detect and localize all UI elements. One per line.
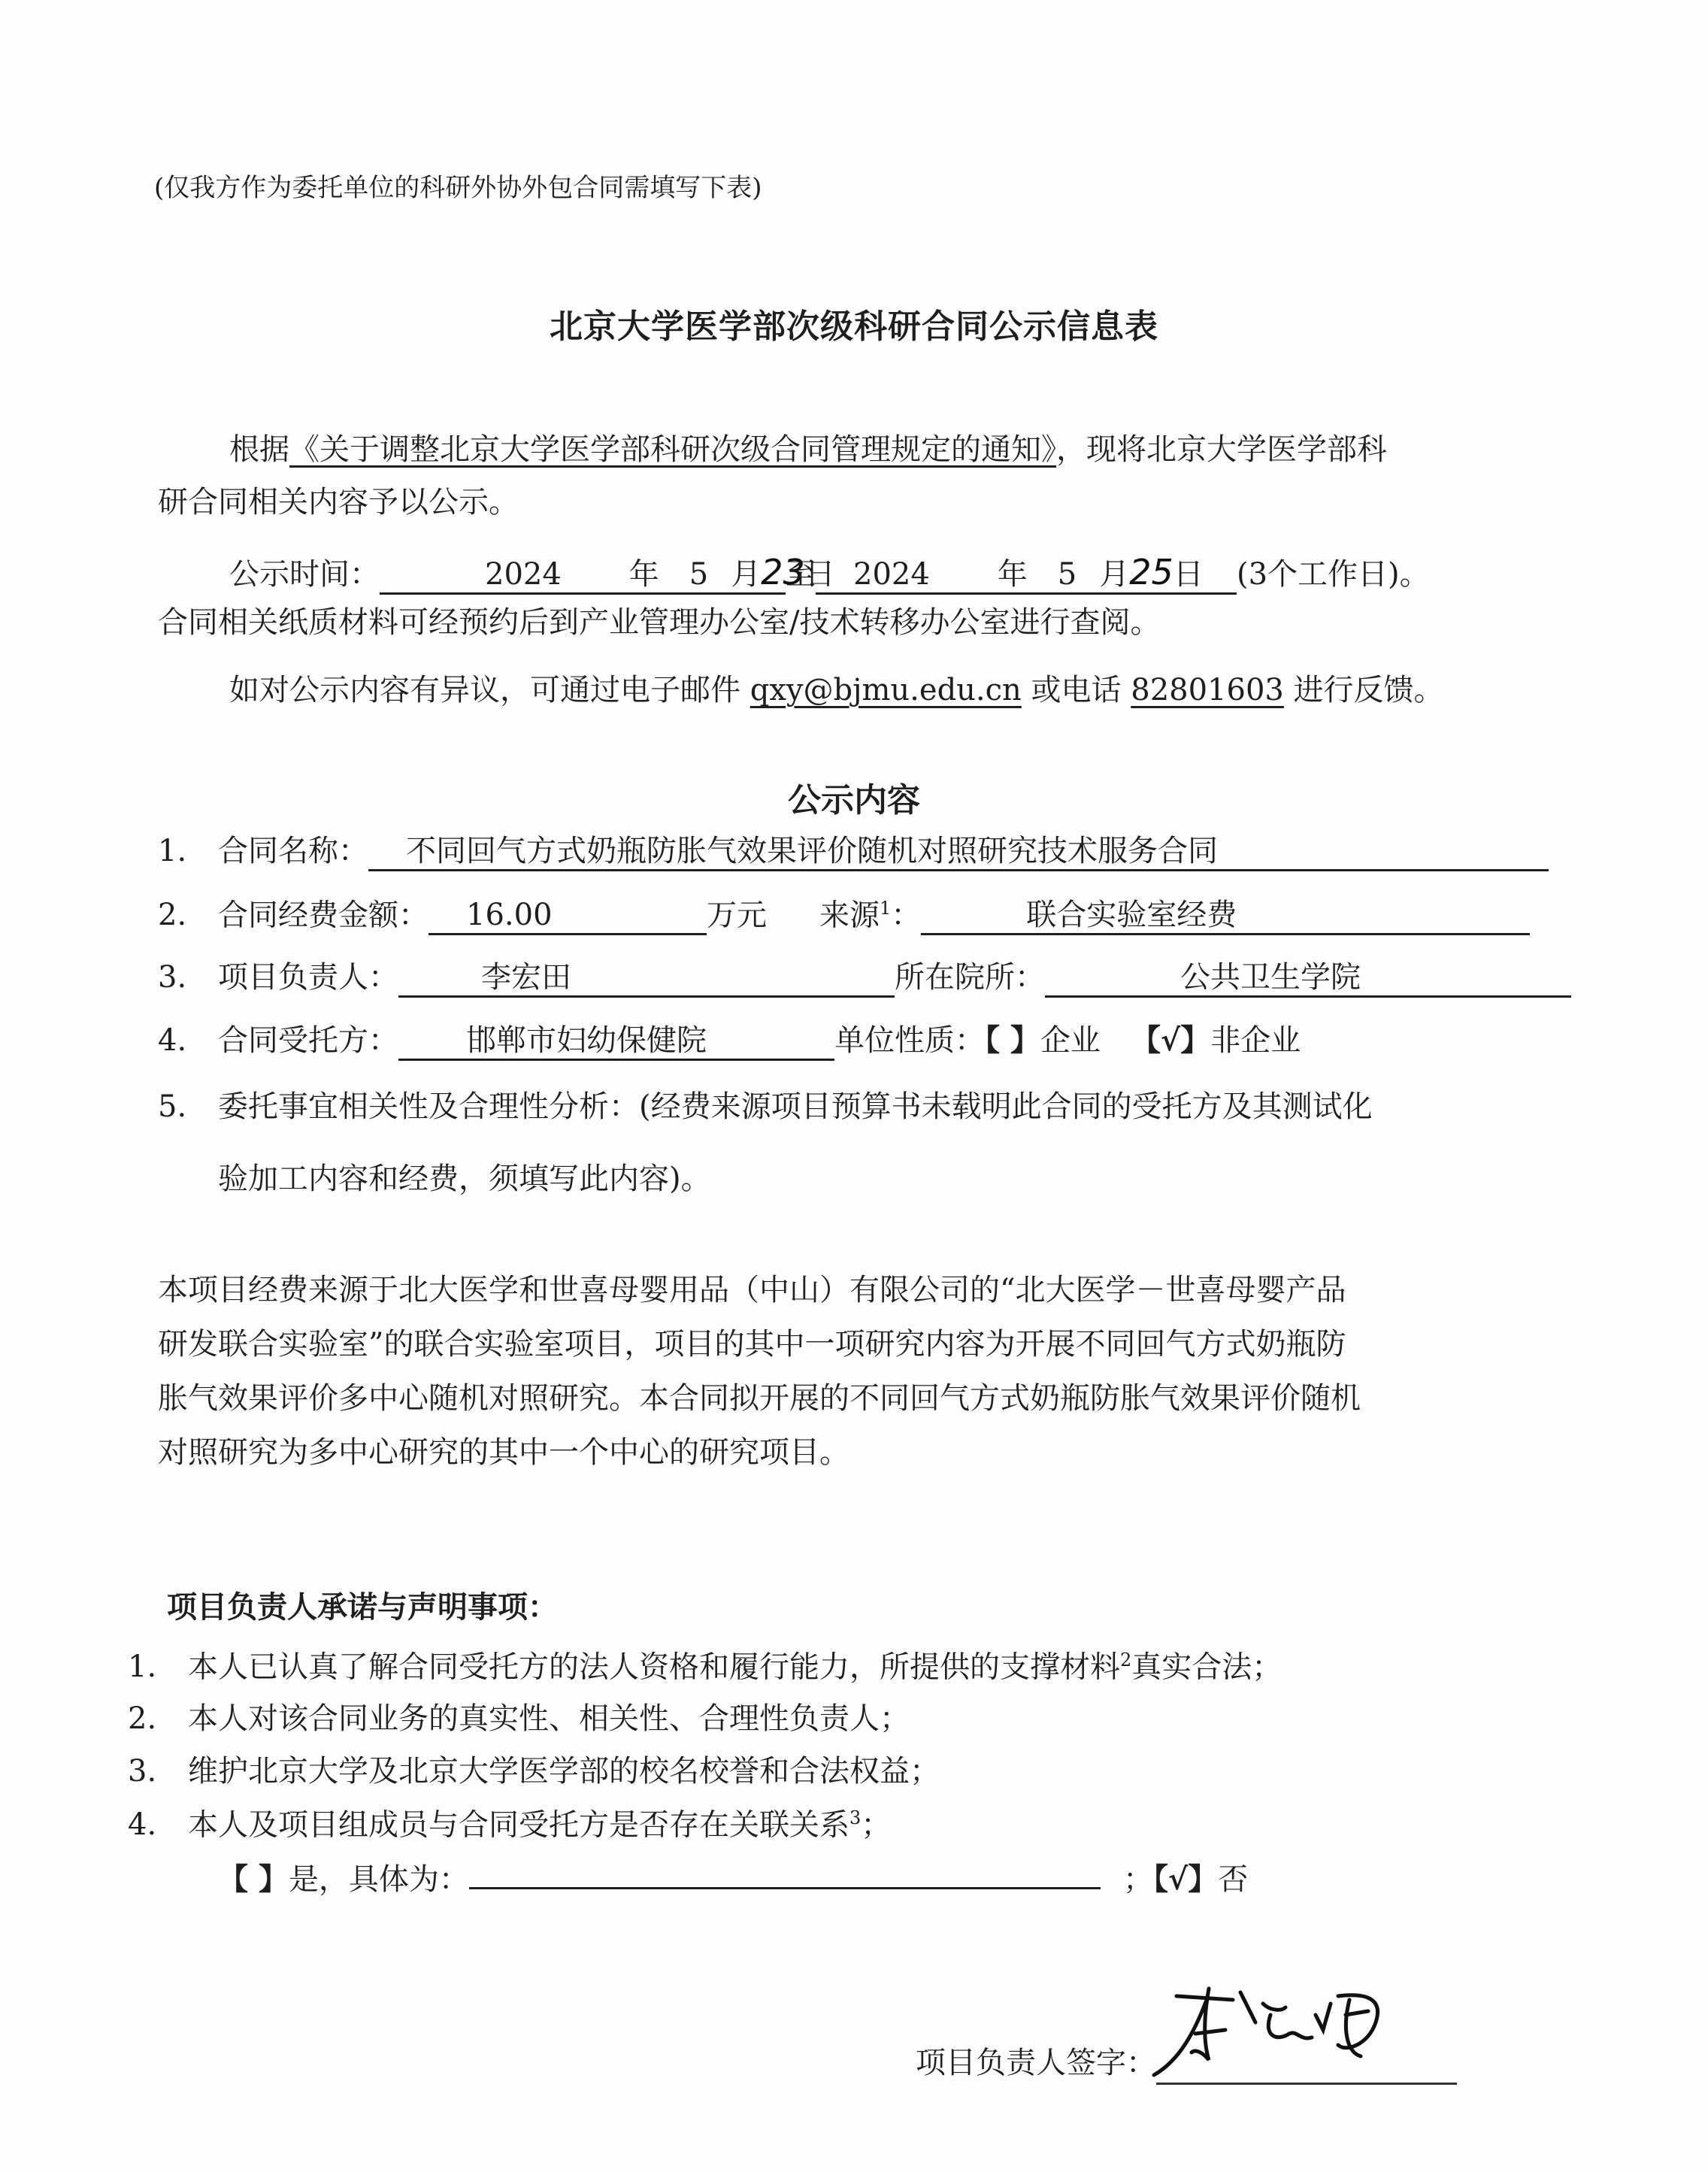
item-number: 4. [128, 1810, 188, 1840]
relation-no-label: 否 [1218, 1862, 1248, 1897]
commitment-title: 项目负责人承诺与声明事项： [167, 1592, 558, 1622]
feedback-phone[interactable]: 82801603 [1131, 673, 1284, 707]
month-unit: 月 [1099, 557, 1129, 592]
dept-value: 公共卫生学院 [1180, 960, 1361, 995]
enterprise-label: 企业 [1040, 1023, 1101, 1058]
source-colon: ： [891, 898, 921, 932]
month-unit: 月 [731, 557, 761, 592]
signature-line[interactable] [1156, 2083, 1457, 2085]
intro-line-1: 根据《关于调整北京大学医学部科研次级合同管理规定的通知》，现将北京大学医学部科 [229, 435, 1387, 465]
header-note: (仅我方作为委托单位的科研外协外包合同需填写下表) [154, 167, 762, 204]
end-year: 2024 [853, 557, 930, 592]
relation-detail-field[interactable] [469, 1884, 1101, 1889]
item-number: 2. [158, 900, 218, 930]
end-month: 5 [1058, 557, 1077, 592]
relation-choice: 【 】是，具体为：；【√】否 [218, 1865, 1248, 1895]
commitment-item-2: 2.本人对该合同业务的真实性、相关性、合理性负责人； [128, 1704, 910, 1734]
source-value: 联合实验室经费 [1026, 898, 1237, 932]
section-title: 公示内容 [0, 773, 1708, 821]
regulation-link[interactable]: 《关于调整北京大学医学部科研次级合同管理规定的通知》 [289, 432, 1056, 467]
day-unit: 日 [1173, 557, 1204, 592]
amount-field[interactable]: 16.00 [429, 900, 707, 935]
intro-prefix: 根据 [229, 432, 289, 467]
item-number: 3. [158, 962, 218, 992]
feedback-middle: 或电话 [1022, 673, 1131, 707]
source-label: 来源 [819, 898, 880, 932]
signature-scribble-icon [1150, 1970, 1406, 2083]
item-analysis: 5.委托事宜相关性及合理性分析：(经费来源项目预算书未载明此合同的受托方及其测试… [158, 1092, 1373, 1122]
trustee-value: 邯郸市妇幼保健院 [466, 1023, 707, 1058]
trustee-label: 合同受托方： [218, 1023, 398, 1058]
commitment-text: 本人已认真了解合同受托方的法人资格和履行能力，所提供的支撑材料 [188, 1649, 1120, 1684]
commitment-text-after: ； [861, 1807, 891, 1842]
item-trustee: 4.合同受托方：邯郸市妇幼保健院单位性质：【 】企业【√】非企业 [158, 1025, 1301, 1061]
relation-no-checkbox[interactable]: 【√】 [1153, 1861, 1218, 1897]
contract-name-field[interactable]: 不同回气方式奶瓶防胀气效果评价随机对照研究技术服务合同 [368, 836, 1549, 871]
analysis-body-line: 胀气效果评价多中心随机对照研究。本合同拟开展的不同回气方式奶瓶防胀气效果评价随机 [158, 1383, 1361, 1413]
dept-field[interactable]: 公共卫生学院 [1045, 962, 1571, 998]
trustee-field[interactable]: 邯郸市妇幼保健院 [398, 1025, 834, 1061]
amount-label: 合同经费金额： [218, 898, 429, 932]
end-date-field[interactable]: 2024年5月25日 [816, 555, 1237, 595]
item-amount: 2.合同经费金额：16.00万元来源1：联合实验室经费 [158, 899, 1530, 935]
footnote-3: 3 [849, 1807, 861, 1828]
analysis-line-2: 验加工内容和经费，须填写此内容)。 [218, 1164, 711, 1194]
item-number: 1. [128, 1652, 188, 1682]
relation-yes-checkbox[interactable]: 【 】 [218, 1861, 289, 1897]
footnote-2: 2 [1120, 1649, 1131, 1671]
dept-label: 所在院所： [895, 960, 1045, 995]
item-pi: 3.项目负责人：李宏田所在院所：公共卫生学院 [158, 962, 1571, 998]
analysis-body-line: 研发联合实验室”的联合实验室项目，项目的其中一项研究内容为开展不同回气方式奶瓶防 [158, 1329, 1346, 1359]
publicity-period: 公示时间：2024年5月23日至2024年5月25日(3个工作日)。 [229, 555, 1430, 595]
analysis-body-line: 对照研究为多中心研究的其中一个中心的研究项目。 [158, 1437, 849, 1468]
signature-label: 项目负责人签字： [916, 2048, 1156, 2078]
footnote-1: 1 [880, 898, 891, 919]
handwritten-signature [1150, 1970, 1406, 2083]
feedback-suffix: 进行反馈。 [1284, 673, 1444, 707]
item-number: 5. [158, 1092, 218, 1122]
commitment-text-after: 真实合法； [1131, 1649, 1282, 1684]
commitment-item-3: 3.维护北京大学及北京大学医学部的校名校誉和合法权益； [128, 1756, 940, 1786]
year-unit: 年 [998, 557, 1028, 592]
publicity-label: 公示时间： [229, 557, 380, 592]
amount-value: 16.00 [466, 898, 553, 932]
contract-name-value: 不同回气方式奶瓶防胀气效果评价随机对照研究技术服务合同 [406, 834, 1218, 868]
to-label: 至 [786, 557, 816, 592]
intro-suffix: ，现将北京大学医学部科 [1056, 432, 1387, 467]
item-number: 3. [128, 1756, 188, 1786]
source-field[interactable]: 联合实验室经费 [921, 900, 1530, 935]
contract-name-label: 合同名称： [218, 834, 368, 868]
non-enterprise-label: 非企业 [1210, 1023, 1301, 1058]
item-number: 1. [158, 836, 218, 866]
feedback-prefix: 如对公示内容有异议，可通过电子邮件 [229, 673, 750, 707]
item-number: 2. [128, 1704, 188, 1734]
item-number: 4. [158, 1025, 218, 1056]
commitment-item-1: 1.本人已认真了解合同受托方的法人资格和履行能力，所提供的支撑材料2真实合法； [128, 1651, 1282, 1682]
pi-field[interactable]: 李宏田 [398, 962, 895, 998]
commitment-text: 维护北京大学及北京大学医学部的校名校誉和合法权益； [188, 1754, 940, 1789]
duration: (3个工作日)。 [1237, 557, 1430, 592]
page-title: 北京大学医学部次级科研合同公示信息表 [0, 299, 1708, 347]
amount-unit: 万元 [707, 898, 767, 932]
analysis-body-line: 本项目经费来源于北大医学和世喜母婴用品（中山）有限公司的“北大医学－世喜母婴产品 [158, 1275, 1346, 1305]
start-date-field[interactable]: 2024年5月23日 [380, 555, 786, 595]
commitment-text: 本人对该合同业务的真实性、相关性、合理性负责人； [188, 1701, 910, 1736]
enterprise-checkbox[interactable]: 【 】 [985, 1022, 1040, 1058]
end-day-handwritten: 25 [1129, 552, 1173, 592]
relation-yes-label: 是，具体为： [289, 1862, 469, 1897]
nature-label: 单位性质： [834, 1023, 985, 1058]
year-unit: 年 [629, 557, 659, 592]
start-year: 2024 [485, 557, 562, 592]
item-contract-name: 1.合同名称：不同回气方式奶瓶防胀气效果评价随机对照研究技术服务合同 [158, 836, 1549, 871]
start-month: 5 [689, 557, 708, 592]
publicity-note: 合同相关纸质材料可经预约后到产业管理办公室/技术转移办公室进行查阅。 [158, 607, 1160, 638]
pi-value: 李宏田 [481, 960, 571, 995]
pi-label: 项目负责人： [218, 960, 398, 995]
non-enterprise-checkbox[interactable]: 【√】 [1131, 1022, 1210, 1058]
intro-line-2: 研合同相关内容予以公示。 [158, 487, 519, 517]
feedback-line: 如对公示内容有异议，可通过电子邮件 qxy@bjmu.edu.cn 或电话 82… [229, 675, 1444, 705]
commitment-text: 本人及项目组成员与合同受托方是否存在关联关系 [188, 1807, 849, 1842]
relation-separator: ； [1123, 1862, 1153, 1897]
feedback-email-link[interactable]: qxy@bjmu.edu.cn [750, 673, 1022, 707]
analysis-line-1: 委托事宜相关性及合理性分析：(经费来源项目预算书未载明此合同的受托方及其测试化 [218, 1089, 1373, 1124]
commitment-item-4: 4.本人及项目组成员与合同受托方是否存在关联关系3； [128, 1809, 891, 1840]
